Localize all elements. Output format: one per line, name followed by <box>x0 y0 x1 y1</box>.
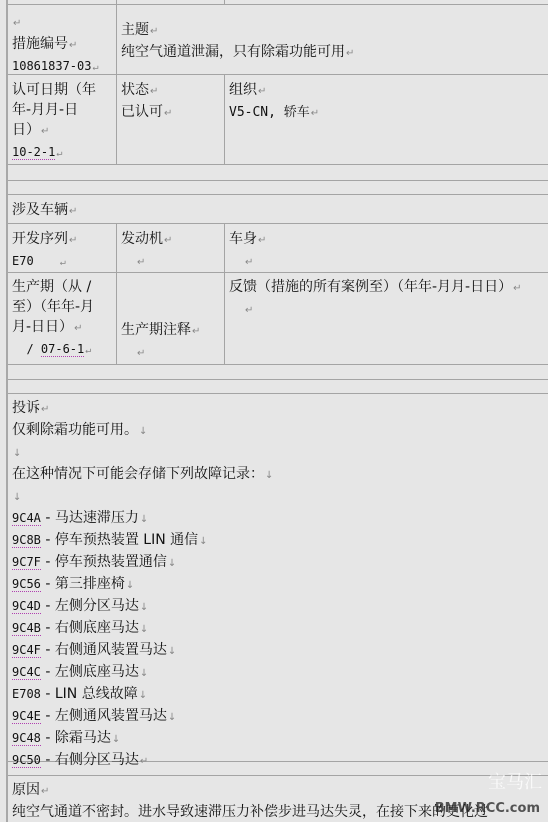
measure-id-cell: ↵ 措施编号↵ 10861837-03↵ <box>12 12 99 78</box>
fault-item: 9C50 - 右侧分区马达↵ <box>12 750 273 772</box>
org-label: 组织 <box>229 82 257 98</box>
approval-date-value: 10-2-1 <box>12 145 55 160</box>
status-cell: 状态↵ 已认可↵ <box>121 80 172 124</box>
subject-label: 主题 <box>121 22 149 38</box>
watermark-logo: 宝马汇 <box>488 768 542 794</box>
production-period-cell: 生产期（从 / 至）（年年-月 月-日日）↵ / 07-6-1↵ <box>12 277 94 361</box>
col-divider <box>116 74 117 164</box>
status-label: 状态 <box>121 82 149 98</box>
watermark-text: BMW.RCC.com <box>435 801 540 816</box>
production-note-label: 生产期注释 <box>121 322 191 338</box>
fault-item: 9C4A - 马达速滞压力↓ <box>12 508 273 530</box>
vehicles-section-title: 涉及车辆↵ <box>12 200 77 222</box>
feedback-label: 反馈（措施的所有案例至）（年年-月月-日日） <box>229 279 512 295</box>
dev-series-cell: 开发序列↵ E70↵ <box>12 229 77 273</box>
row-divider <box>8 164 548 165</box>
row-divider <box>8 775 548 776</box>
subject-value: 纯空气通道泄漏，只有除霜功能可用 <box>121 44 345 60</box>
measure-id-label: 措施编号 <box>12 36 68 52</box>
document-page: ↵ 措施编号↵ 10861837-03↵ 主题↵ 纯空气通道泄漏，只有除霜功能可… <box>6 0 548 822</box>
complaint-title: 投诉 <box>12 400 40 416</box>
col-divider <box>224 74 225 164</box>
measure-id-value: 10861837-03 <box>12 59 91 73</box>
dev-series-value: E70 <box>12 254 34 268</box>
fault-list: 9C4A - 马达速滞压力↓ 9C8B - 停车预热装置 LIN 通信↓ 9C7… <box>12 508 273 772</box>
engine-label: 发动机 <box>121 231 163 247</box>
engine-cell: 发动机↵ ↵ <box>121 229 172 273</box>
fault-item: 9C4B - 右侧底座马达↓ <box>12 618 273 640</box>
production-period-label-3: 月-日日） <box>12 319 73 335</box>
fault-item: 9C4D - 左侧分区马达↓ <box>12 596 273 618</box>
cause-title: 原因 <box>12 782 40 798</box>
row-divider <box>8 223 548 224</box>
row-divider <box>8 180 548 181</box>
fault-item: 9C7F - 停车预热装置通信↓ <box>12 552 273 574</box>
body-label: 车身 <box>229 231 257 247</box>
approval-date-label-2: 年-月月-日 <box>12 100 96 120</box>
fault-item: 9C48 - 除霜马达↓ <box>12 728 273 750</box>
production-note-cell: 生产期注释↵ ↵ <box>121 320 200 364</box>
fault-item: 9C56 - 第三排座椅↓ <box>12 574 273 596</box>
row-divider <box>8 194 548 195</box>
row-divider <box>8 393 548 394</box>
fault-item: 9C4C - 左侧底座马达↓ <box>12 662 273 684</box>
fault-item: 9C4F - 右侧通风装置马达↓ <box>12 640 273 662</box>
col-divider <box>224 223 225 364</box>
approval-date-label-1: 认可日期（年 <box>12 80 96 100</box>
dev-series-label: 开发序列 <box>12 231 68 247</box>
org-cell: 组织↵ V5-CN, 轿车↵ <box>229 80 319 124</box>
feedback-cell: 反馈（措施的所有案例至）（年年-月月-日日）↵ ↵ <box>229 277 522 321</box>
production-period-value: 07-6-1 <box>41 342 84 357</box>
production-period-label-1: 生产期（从 / <box>12 277 94 297</box>
body-cell: 车身↵ ↵ <box>229 229 266 273</box>
row-divider <box>8 4 548 5</box>
col-divider <box>116 4 117 74</box>
col-divider <box>116 223 117 364</box>
row-divider <box>8 364 548 365</box>
subject-cell: 主题↵ 纯空气通道泄漏，只有除霜功能可用↵ <box>121 20 354 64</box>
production-period-label-2: 至）（年年-月 <box>12 297 94 317</box>
org-value: V5-CN, 轿车 <box>229 105 310 120</box>
row-divider <box>8 379 548 380</box>
row-divider <box>8 272 548 273</box>
cause-text: 纯空气通道不密封。进水导致速滞压力补偿步进马达失灵，在接下来的更化过 <box>12 802 488 822</box>
status-value: 已认可 <box>121 104 163 120</box>
approval-date-label-3: 日） <box>12 122 40 138</box>
complaint-section: 投诉↵ 仅剩除霜功能可用。↓ ↓ 在这种情况下可能会存储下列故障记录：↓ ↓ 9… <box>12 398 273 772</box>
complaint-line-2: 在这种情况下可能会存储下列故障记录： <box>12 466 264 482</box>
approval-date-cell: 认可日期（年 年-月月-日 日）↵ 10-2-1↵ <box>12 80 96 164</box>
fault-item: 9C4E - 左侧通风装置马达↓ <box>12 706 273 728</box>
fault-item: 9C8B - 停车预热装置 LIN 通信↓ <box>12 530 273 552</box>
complaint-line-1: 仅剩除霜功能可用。 <box>12 422 138 438</box>
fault-item: E708 - LIN 总线故障↓ <box>12 684 273 706</box>
cause-section: 原因↵ 纯空气通道不密封。进水导致速滞压力补偿步进马达失灵，在接下来的更化过 <box>12 780 488 822</box>
